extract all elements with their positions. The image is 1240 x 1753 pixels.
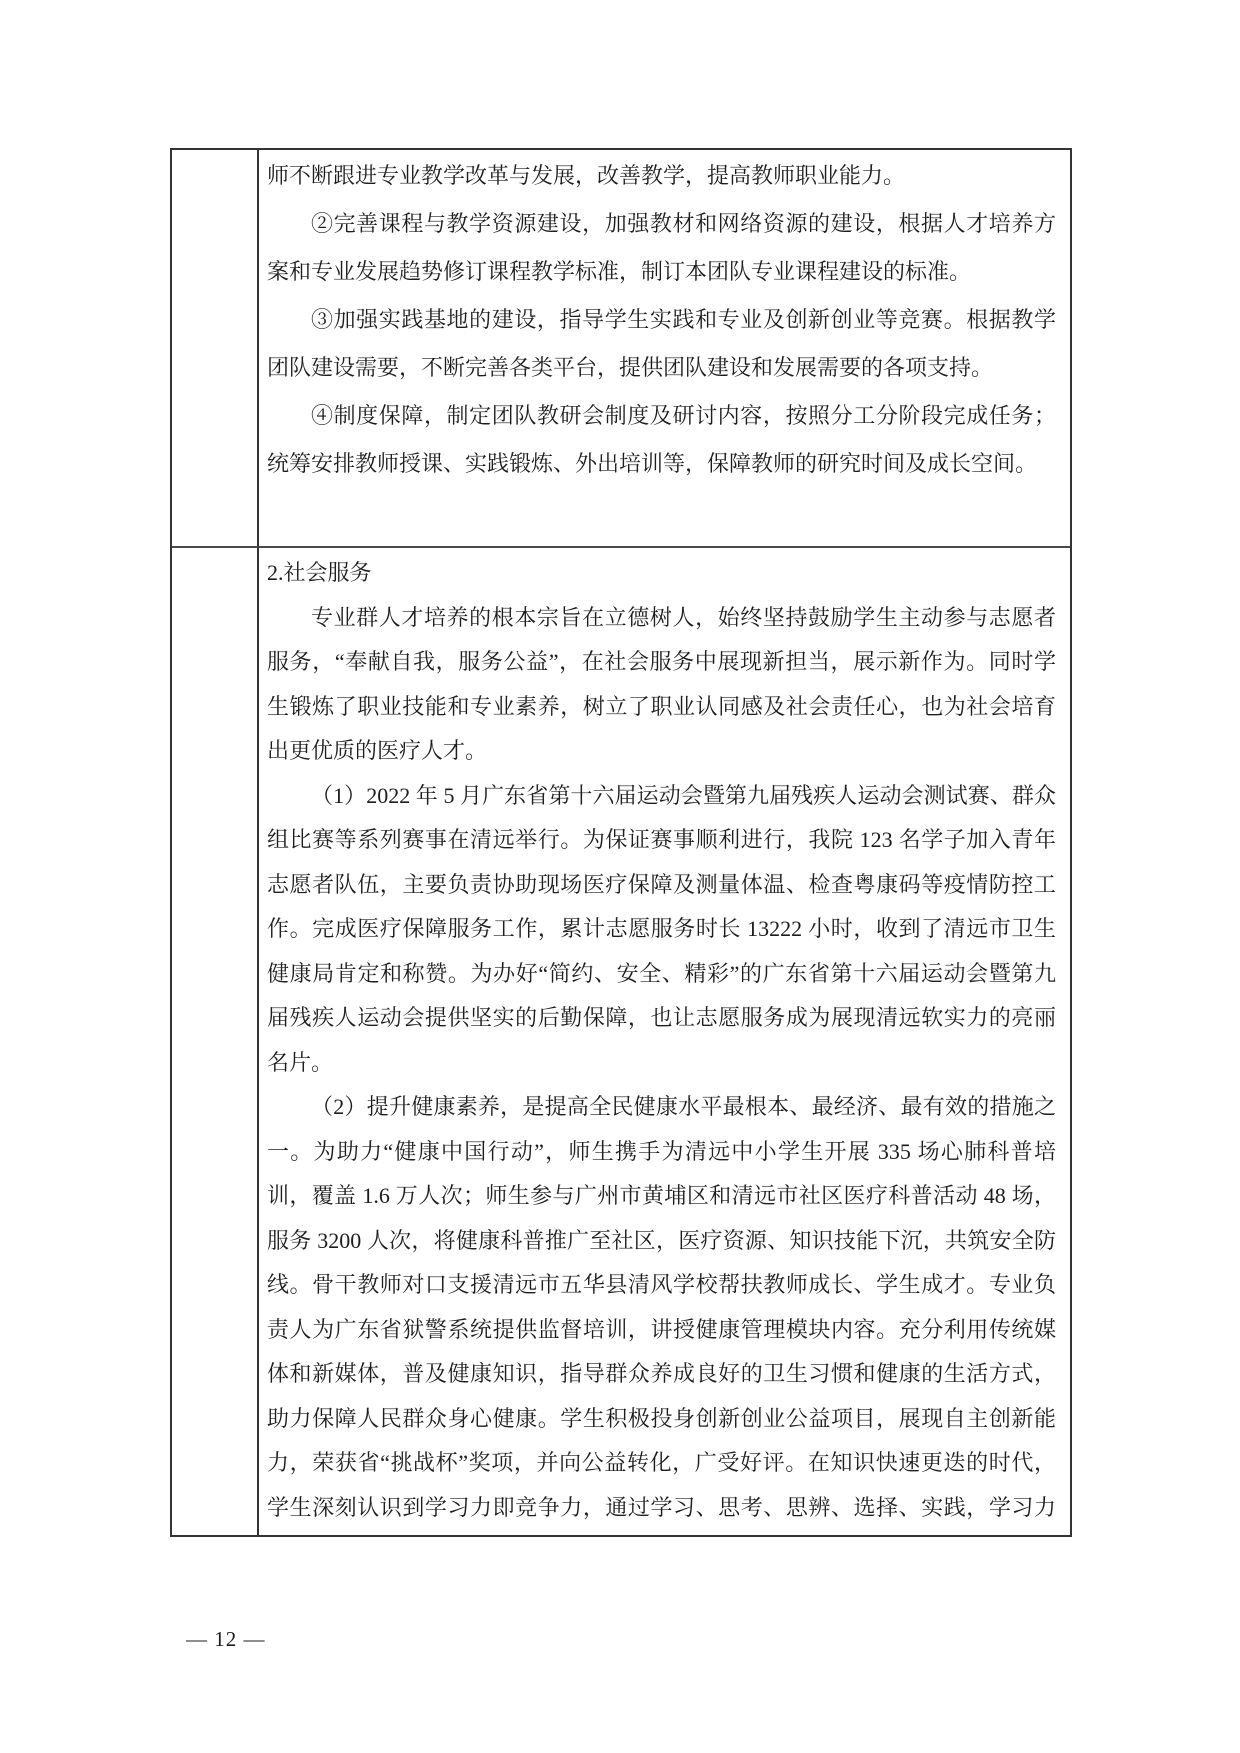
paragraph: ④制度保障，制定团队教研会制度及研讨内容，按照分工分阶段完成任务；统筹安排教师授… — [267, 392, 1056, 488]
row2-content-cell: 2.社会服务 专业群人才培养的根本宗旨在立德树人，始终坚持鼓励学生主动参与志愿者… — [259, 548, 1070, 1535]
paragraph: 专业群人才培养的根本宗旨在立德树人，始终坚持鼓励学生主动参与志愿者服务，“奉献自… — [267, 596, 1056, 774]
paragraph: （2）提升健康素养，是提高全民健康水平最根本、最经济、最有效的措施之一。为助力“… — [267, 1085, 1056, 1535]
page-number: — 12 — — [186, 1627, 266, 1652]
row1-label-cell — [172, 150, 259, 548]
paragraph: 师不断跟进专业教学改革与发展，改善教学，提高教师职业能力。 — [267, 152, 1056, 200]
paragraph: ②完善课程与教学资源建设，加强教材和网络资源的建设，根据人才培养方案和专业发展趋… — [267, 200, 1056, 296]
row2-label-cell — [172, 548, 259, 1535]
report-table: 师不断跟进专业教学改革与发展，改善教学，提高教师职业能力。 ②完善课程与教学资源… — [170, 148, 1072, 1537]
row1-content-cell: 师不断跟进专业教学改革与发展，改善教学，提高教师职业能力。 ②完善课程与教学资源… — [259, 150, 1070, 548]
section-heading: 2.社会服务 — [267, 551, 1056, 596]
paragraph: （1）2022 年 5 月广东省第十六届运动会暨第九届残疾人运动会测试赛、群众组… — [267, 774, 1056, 1086]
paragraph: ③加强实践基地的建设，指导学生实践和专业及创新创业等竞赛。根据教学团队建设需要，… — [267, 296, 1056, 392]
